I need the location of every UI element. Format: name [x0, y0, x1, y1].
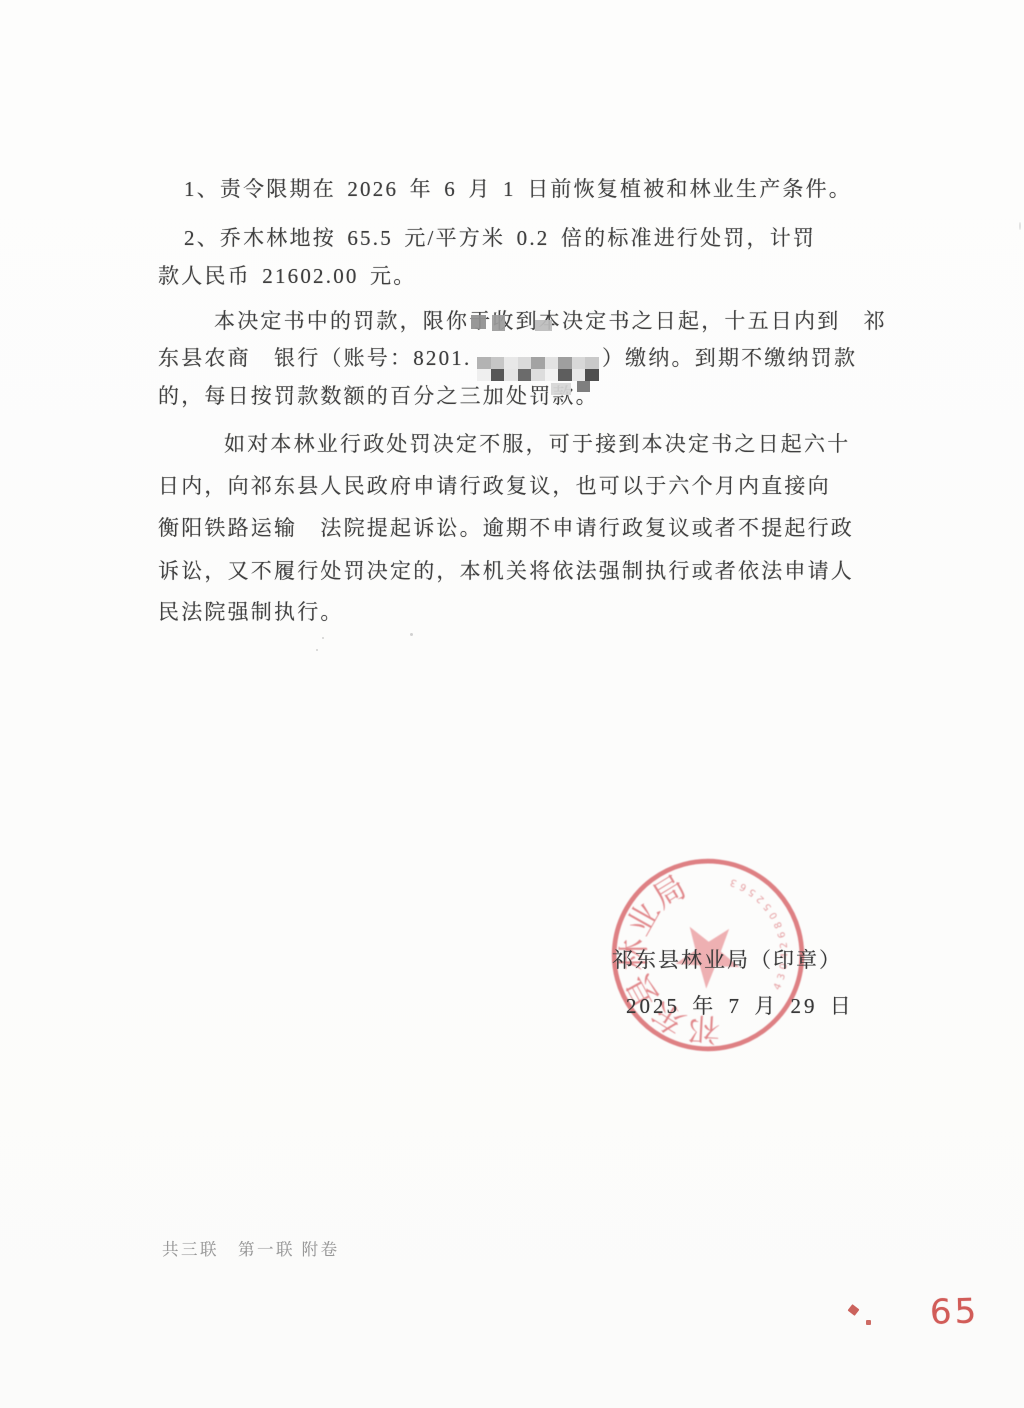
mosaic-cell	[585, 357, 599, 369]
scan-speck	[322, 637, 324, 639]
account-redaction	[477, 357, 599, 381]
mosaic-cell	[504, 357, 518, 369]
bank-account-suffix: ）缴纳。到期不缴纳罚款	[602, 346, 857, 370]
mosaic-block	[492, 315, 505, 331]
mosaic-block	[535, 320, 552, 331]
seal-code: 4304268052563	[727, 866, 802, 998]
red-ink-mark	[866, 1320, 871, 1325]
mosaic-block	[551, 383, 571, 395]
body-line-payment1: 本决定书中的罚款，限你于收到本决定书之日起，十五日内到 祁	[158, 305, 888, 335]
scan-speck	[1019, 222, 1021, 230]
body-line-payment3: 的，每日按罚款数额的百分之三加处罚款。	[158, 380, 888, 410]
body-line-item1: 1、责令限期在 2026 年 6 月 1 日前恢复植被和林业生产条件。	[158, 173, 888, 203]
mosaic-block	[471, 315, 486, 329]
body-line-appeal4: 诉讼，又不履行处罚决定的，本机关将依法强制执行或者依法申请人	[158, 555, 888, 585]
mosaic-cell	[545, 357, 559, 369]
scan-speck	[316, 649, 318, 651]
signature-date: 2025 年 7 月 29 日	[626, 990, 854, 1020]
body-line-appeal5: 民法院强制执行。	[158, 596, 888, 626]
red-ink-mark	[847, 1304, 859, 1316]
scan-speck	[410, 633, 413, 636]
mosaic-cell	[491, 357, 505, 369]
scanned-document-page: 1、责令限期在 2026 年 6 月 1 日前恢复植被和林业生产条件。 2、乔木…	[0, 0, 1024, 1408]
mosaic-cell	[518, 357, 532, 369]
mosaic-cell	[477, 357, 491, 369]
mosaic-cell	[558, 357, 572, 369]
mosaic-block	[577, 381, 590, 392]
mosaic-cell	[531, 357, 545, 369]
signature-org: 祁东县林业局（印章）	[612, 944, 842, 974]
body-line-appeal2: 日内，向祁东县人民政府申请行政复议，也可以于六个月内直接向	[158, 470, 888, 500]
mosaic-cell	[572, 357, 586, 369]
body-line-appeal1: 如对本林业行政处罚决定不服，可于接到本决定书之日起六十	[158, 428, 888, 458]
footer-copy-note: 共三联 第一联 附卷	[162, 1236, 340, 1260]
body-line-item2b: 款人民币 21602.00 元。	[158, 260, 888, 290]
page-number-stamp: 65	[929, 1291, 979, 1332]
svg-text:4304268052563: 4304268052563	[727, 866, 802, 998]
bank-account-prefix: 东县农商 银行（账号：8201.	[158, 346, 471, 370]
body-line-item2a: 2、乔木林地按 65.5 元/平方米 0.2 倍的标准进行处罚，计罚	[158, 222, 888, 252]
body-line-appeal3: 衡阳铁路运输 法院提起诉讼。逾期不申请行政复议或者不提起行政	[158, 512, 888, 542]
body-line-payment2: 东县农商 银行（账号：8201.）缴纳。到期不缴纳罚款	[158, 342, 888, 381]
